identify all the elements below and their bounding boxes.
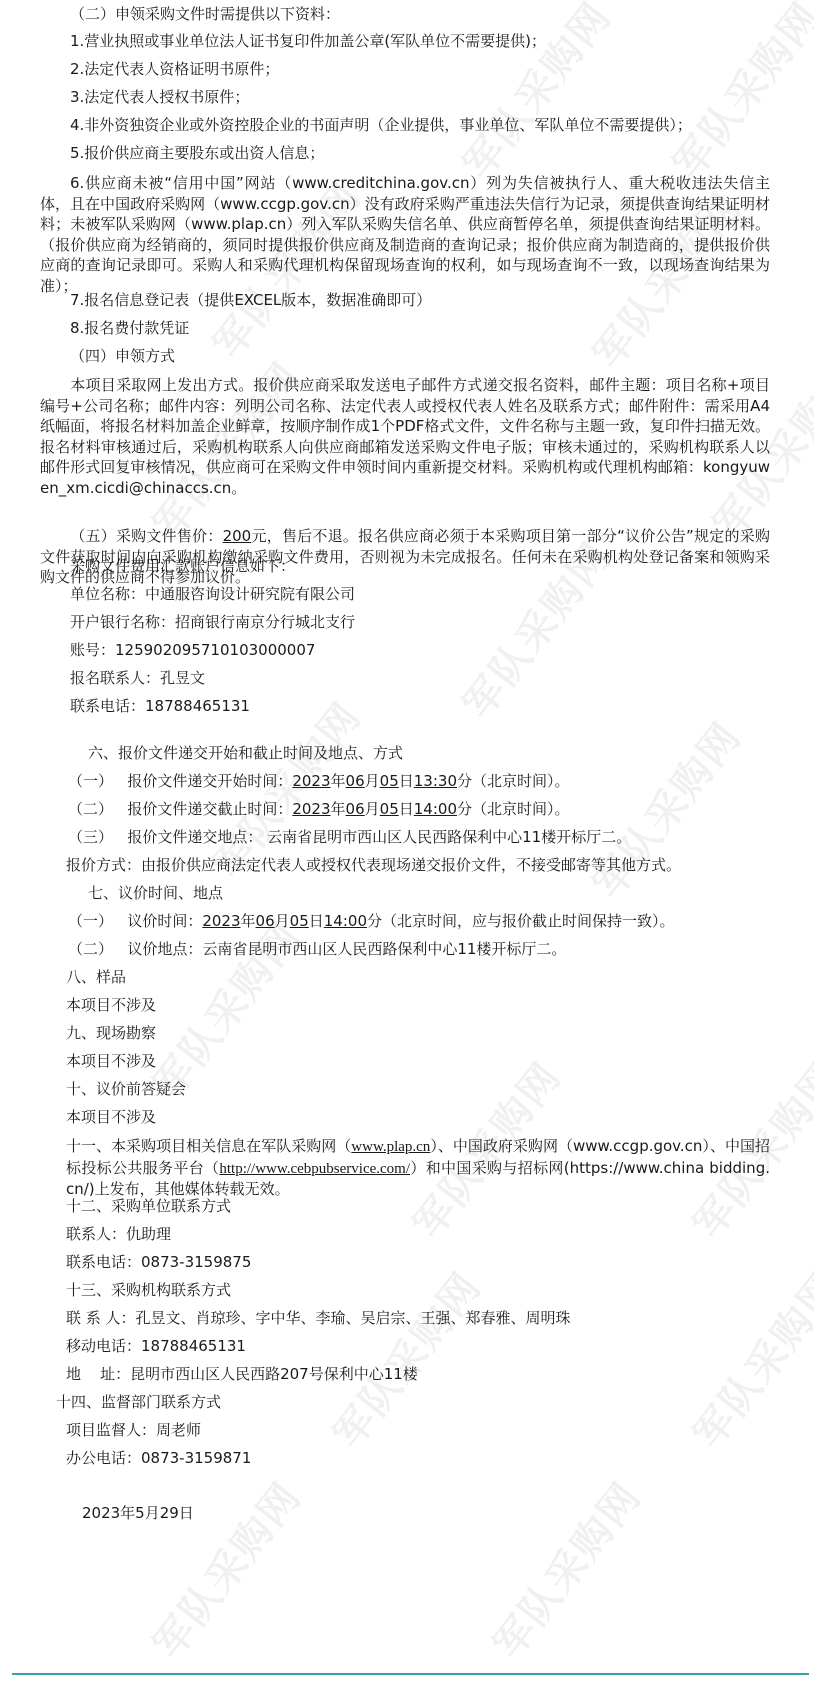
submission-end: （二） 报价文件递交截止时间：2023年06月05日14:00分（北京时间）。 xyxy=(68,799,570,819)
section-12-heading: 十二、采购单位联系方式 xyxy=(66,1196,231,1216)
item-value: 云南省昆明市西山区人民西路保利中心11楼开标厅二。 xyxy=(202,940,566,958)
item-number: （三） xyxy=(68,828,113,846)
section-10-body: 本项目不涉及 xyxy=(66,1107,156,1127)
month: 06 xyxy=(346,772,365,790)
account-number: 账号：125902095710103000007 xyxy=(70,640,315,660)
document-date: 2023年5月29日 xyxy=(82,1503,194,1523)
negotiation-time: （一） 议价时间：2023年06月05日14:00分（北京时间，应与报价截止时间… xyxy=(68,911,675,931)
item-label: 议价时间： xyxy=(127,912,202,930)
price-value: 200 xyxy=(223,527,252,545)
day: 05 xyxy=(380,800,399,818)
section-13-heading: 十三、采购机构联系方式 xyxy=(66,1280,231,1300)
buyer-phone: 联系电话：0873-3159875 xyxy=(66,1252,251,1272)
item-label: 报价文件递交地点： xyxy=(127,828,262,846)
supervisor-phone: 办公电话：0873-3159871 xyxy=(66,1448,251,1468)
supervisor: 项目监督人：周老师 xyxy=(66,1420,201,1440)
item-number: （一） xyxy=(68,912,113,930)
section-7-heading: 七、议价时间、地点 xyxy=(88,883,223,903)
list-item-credit-check: 6.供应商未被“信用中国”网站（www.creditchina.gov.cn）列… xyxy=(40,173,770,296)
section-4-heading: （四）申领方式 xyxy=(70,346,175,366)
list-item-text: 6.供应商未被“信用中国”网站（www.creditchina.gov.cn）列… xyxy=(40,174,770,295)
section-9-heading: 九、现场勘察 xyxy=(66,1023,156,1043)
account-phone: 联系电话：18788465131 xyxy=(70,696,250,716)
buyer-contact: 联系人：仇助理 xyxy=(66,1224,171,1244)
watermark: 军队采购网 xyxy=(448,0,622,189)
item-number: （二） xyxy=(68,800,113,818)
submission-place: （三） 报价文件递交地点： 云南省昆明市西山区人民西路保利中心11楼开标厅二。 xyxy=(68,827,631,847)
price-label: （五）采购文件售价： xyxy=(70,527,223,545)
month: 06 xyxy=(346,800,365,818)
section-6-heading: 六、报价文件递交开始和截止时间及地点、方式 xyxy=(88,743,403,763)
time: 14:00 xyxy=(414,800,457,818)
section-4-body: 本项目采取网上发出方式。报价供应商采取发送电子邮件方式递交报名资料，邮件主题：项… xyxy=(40,375,770,498)
month: 06 xyxy=(256,912,275,930)
account-bank: 开户银行名称：招商银行南京分行城北支行 xyxy=(70,612,355,632)
section-8-heading: 八、样品 xyxy=(66,967,126,987)
day: 05 xyxy=(380,772,399,790)
section-4-text: 本项目采取网上发出方式。报价供应商采取发送电子邮件方式递交报名资料，邮件主题：项… xyxy=(40,376,770,497)
item-suffix: 分（北京时间）。 xyxy=(457,772,570,790)
year: 2023 xyxy=(202,912,240,930)
account-contact: 报名联系人：孔昱文 xyxy=(70,668,205,688)
footer-divider xyxy=(12,1673,809,1675)
section-8-body: 本项目不涉及 xyxy=(66,995,156,1015)
item-number: （二） xyxy=(68,940,113,958)
watermark: 军队采购网 xyxy=(318,1258,492,1459)
submission-start: （一） 报价文件递交开始时间：2023年06月05日13:30分（北京时间）。 xyxy=(68,771,570,791)
watermark: 军队采购网 xyxy=(138,1468,312,1669)
item-label: 议价地点： xyxy=(127,940,202,958)
plap-link[interactable]: www.plap.cn xyxy=(351,1139,430,1155)
watermark: 军队采购网 xyxy=(478,1468,652,1669)
list-item: 2.法定代表人资格证明书原件； xyxy=(70,59,279,79)
time: 14:00 xyxy=(324,912,367,930)
section-2-heading: （二）申领采购文件时需提供以下资料： xyxy=(70,4,340,24)
agency-address: 地 址：昆明市西山区人民西路207号保利中心11楼 xyxy=(66,1364,418,1384)
item-number: （一） xyxy=(68,772,113,790)
list-item: 1.营业执照或事业单位法人证书复印件加盖公章(军队单位不需要提供)； xyxy=(70,31,546,51)
year: 2023 xyxy=(292,772,330,790)
account-intro: 采购文件费用汇款账户信息如下： xyxy=(70,556,295,576)
watermark: 军队采购网 xyxy=(578,708,752,909)
section-10-heading: 十、议价前答疑会 xyxy=(66,1079,186,1099)
section-14-heading: 十四、监督部门联系方式 xyxy=(56,1392,221,1412)
section-9-body: 本项目不涉及 xyxy=(66,1051,156,1071)
watermark: 军队采购网 xyxy=(678,1258,814,1459)
list-item: 7.报名信息登记表（提供EXCEL版本，数据准确即可） xyxy=(70,290,431,310)
list-item: 4.非外资独资企业或外资控股企业的书面声明（企业提供，事业单位、军队单位不需要提… xyxy=(70,115,692,135)
watermark: 军队采购网 xyxy=(658,0,814,189)
list-item: 3.法定代表人授权书原件； xyxy=(70,87,249,107)
section-11-prefix: 十一、本采购项目相关信息在军队采购网（ xyxy=(66,1137,351,1155)
submission-method: 报价方式：由报价供应商法定代表人或授权代表现场递交报价文件，不接受邮寄等其他方式… xyxy=(66,855,681,875)
agency-contacts: 联 系 人：孔昱文、肖琼珍、字中华、李瑜、吴启宗、王强、郑春雅、周明珠 xyxy=(66,1308,571,1328)
day: 05 xyxy=(290,912,309,930)
section-11-body: 十一、本采购项目相关信息在军队采购网（www.plap.cn）、中国政府采购网（… xyxy=(66,1136,770,1200)
item-label: 报价文件递交截止时间： xyxy=(127,800,292,818)
time: 13:30 xyxy=(414,772,457,790)
agency-mobile: 移动电话：18788465131 xyxy=(66,1336,246,1356)
item-suffix: 分（北京时间，应与报价截止时间保持一致）。 xyxy=(367,912,675,930)
cebpubservice-link[interactable]: http://www.cebpubservice.com/ xyxy=(219,1161,410,1177)
year: 2023 xyxy=(292,800,330,818)
item-suffix: 分（北京时间）。 xyxy=(457,800,570,818)
item-label: 报价文件递交开始时间： xyxy=(127,772,292,790)
negotiation-place: （二） 议价地点：云南省昆明市西山区人民西路保利中心11楼开标厅二。 xyxy=(68,939,566,959)
account-company: 单位名称：中通服咨询设计研究院有限公司 xyxy=(70,584,355,604)
item-value: 云南省昆明市西山区人民西路保利中心11楼开标厅二。 xyxy=(267,828,631,846)
list-item: 5.报价供应商主要股东或出资人信息； xyxy=(70,143,324,163)
list-item: 8.报名费付款凭证 xyxy=(70,318,189,338)
